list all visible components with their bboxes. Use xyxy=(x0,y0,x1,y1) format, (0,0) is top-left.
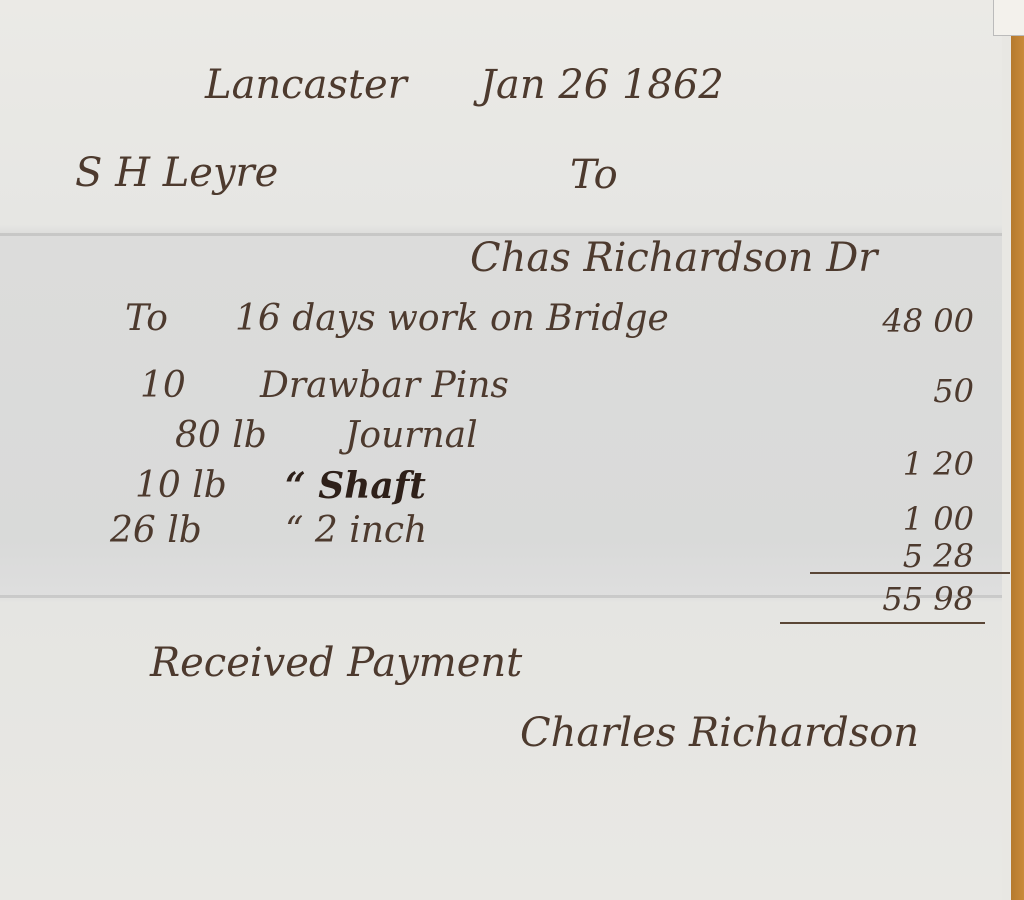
item-5-description: “ 2 inch xyxy=(285,510,427,551)
item-4-description: “ Shaft xyxy=(285,465,426,507)
creditor-text: Chas Richardson Dr xyxy=(470,235,877,281)
total-amount: 55 98 xyxy=(882,580,974,618)
item-3-description: Journal xyxy=(345,415,478,456)
paper-corner xyxy=(993,0,1024,36)
item-1-qty: To xyxy=(125,298,168,339)
item-5-qty: 26 lb xyxy=(110,510,202,551)
debtor-text: S H Leyre xyxy=(75,150,278,196)
item-2-qty: 10 xyxy=(140,365,186,406)
total-rule-upper xyxy=(810,572,1010,574)
item-4-qty: 10 lb xyxy=(135,465,227,506)
received-payment-text: Received Payment xyxy=(150,640,522,686)
item-1-amount: 48 00 xyxy=(882,302,974,340)
item-4-amount: 1 00 xyxy=(903,500,974,538)
signature: Charles Richardson xyxy=(520,710,919,756)
item-3-qty: 80 lb xyxy=(175,415,267,456)
fold-line-lower xyxy=(0,595,1010,598)
total-rule-lower xyxy=(780,622,985,624)
date-text: Jan 26 1862 xyxy=(480,62,724,108)
item-3-amount: 1 20 xyxy=(903,445,974,483)
item-2-amount: 50 xyxy=(933,372,974,410)
item-2-description: Drawbar Pins xyxy=(260,365,509,406)
paper-sheet xyxy=(0,0,1010,900)
place-text: Lancaster xyxy=(205,62,407,108)
to-text: To xyxy=(570,152,618,198)
item-5-amount: 5 28 xyxy=(903,537,974,575)
table-edge xyxy=(1002,0,1024,900)
item-1-description: 16 days work on Bridge xyxy=(235,298,669,339)
